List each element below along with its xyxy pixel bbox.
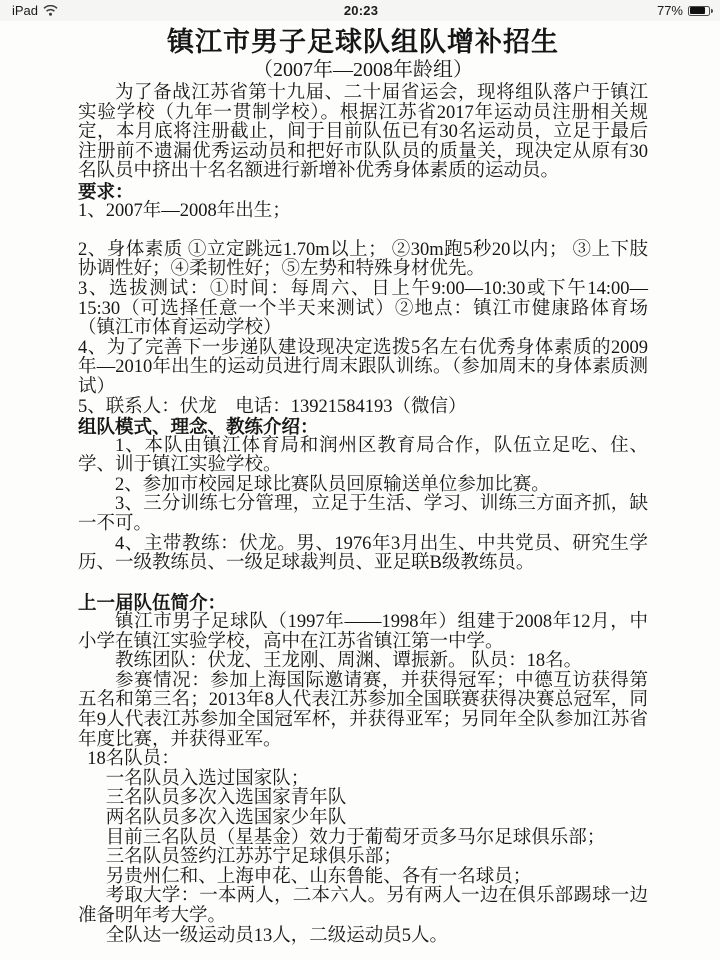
player-item-7: 考取大学：一本两人，二本六人。另有两人一边在俱乐部踢球一边准备明年考大学。 [78, 887, 648, 926]
previous-team-paragraph-3: 参赛情况：参加上海国际邀请赛，并获得冠军；中德互访获得第五名和第三名；2013年… [78, 672, 648, 750]
player-item-4: 目前三名队员（星基金）效力于葡萄牙贡多马尔足球俱乐部； [78, 829, 648, 849]
device-label: iPad [12, 3, 38, 18]
player-item-2: 三名队员多次入选国家青年队 [78, 789, 648, 809]
player-item-6: 另贵州仁和、上海申花、山东鲁能、各有一名球员； [78, 868, 648, 888]
requirement-item-2: 2、身体素质 ①立定跳远1.70m以上； ②30m跑5秒20以内； ③上下肢协调… [78, 241, 648, 280]
requirement-item-3: 3、选拔测试：①时间：每周六、日上午9:00—10:30或下午14:00—15:… [78, 280, 648, 339]
doc-subtitle: （2007年—2008年龄组） [78, 58, 648, 82]
doc-title: 镇江市男子足球队组队增补招生 [78, 27, 648, 58]
player-item-5: 三名队员签约江苏苏宁足球俱乐部； [78, 848, 648, 868]
status-bar-left: iPad [12, 3, 122, 19]
status-bar: iPad 20:23 77% [0, 0, 720, 21]
player-item-8: 全队达一级运动员13人，二级运动员5人。 [78, 927, 648, 947]
team-mode-item-2: 2、参加市校园足球比赛队员回原输送单位参加比赛。 [78, 476, 648, 496]
team-mode-item-3: 3、三分训练七分管理，立足于生活、学习、训练三方面齐抓，缺一不可。 [78, 495, 648, 534]
intro-paragraph: 为了备战江苏省第十九届、二十届省运会，现将组队落户于镇江实验学校（九年一贯制学校… [78, 84, 648, 182]
player-item-3: 两名队员多次入选国家少年队 [78, 809, 648, 829]
previous-team-paragraph-2: 教练团队：伏龙、王龙刚、周渊、谭振新。 队员：18名。 [78, 652, 648, 672]
battery-fill [690, 7, 705, 14]
status-bar-right: 77% [600, 3, 710, 18]
requirement-item-4: 4、为了完善下一步递队建设现决定选拨5名左右优秀身体素质的2009年—2010年… [78, 339, 648, 398]
team-mode-heading: 组队模式、理念、教练介绍： [78, 417, 648, 437]
battery-icon [688, 6, 710, 16]
clock: 20:23 [344, 3, 378, 18]
battery-percent: 77% [657, 3, 683, 18]
previous-team-heading: 上一届队伍简介： [78, 593, 648, 613]
requirement-item-1: 1、2007年—2008年出生； [78, 202, 648, 222]
ipad-screen: iPad 20:23 77% 镇江市男子足球队组队增补招生 （2007年—200… [0, 0, 720, 960]
team-mode-item-1: 1、本队由镇江体育局和润州区教育局合作，队伍立足吃、住、学、训于镇江实验学校。 [78, 437, 648, 476]
requirement-item-5: 5、联系人：伏龙 电话：13921584193（微信） [78, 398, 648, 418]
requirements-heading: 要求： [78, 182, 648, 202]
players-heading: 18名队员： [78, 750, 648, 770]
previous-team-paragraph-1: 镇江市男子足球队（1997年——1998年）组建于2008年12月，中小学在镇江… [78, 613, 648, 652]
team-mode-item-4: 4、主带教练：伏龙。男、1976年3月出生、中共党员、研究生学历、一级教练员、一… [78, 535, 648, 574]
wifi-icon [43, 4, 58, 19]
recruitment-document: 镇江市男子足球队组队增补招生 （2007年—2008年龄组） 为了备战江苏省第十… [0, 21, 720, 946]
player-item-1: 一名队员入选过国家队； [78, 770, 648, 790]
